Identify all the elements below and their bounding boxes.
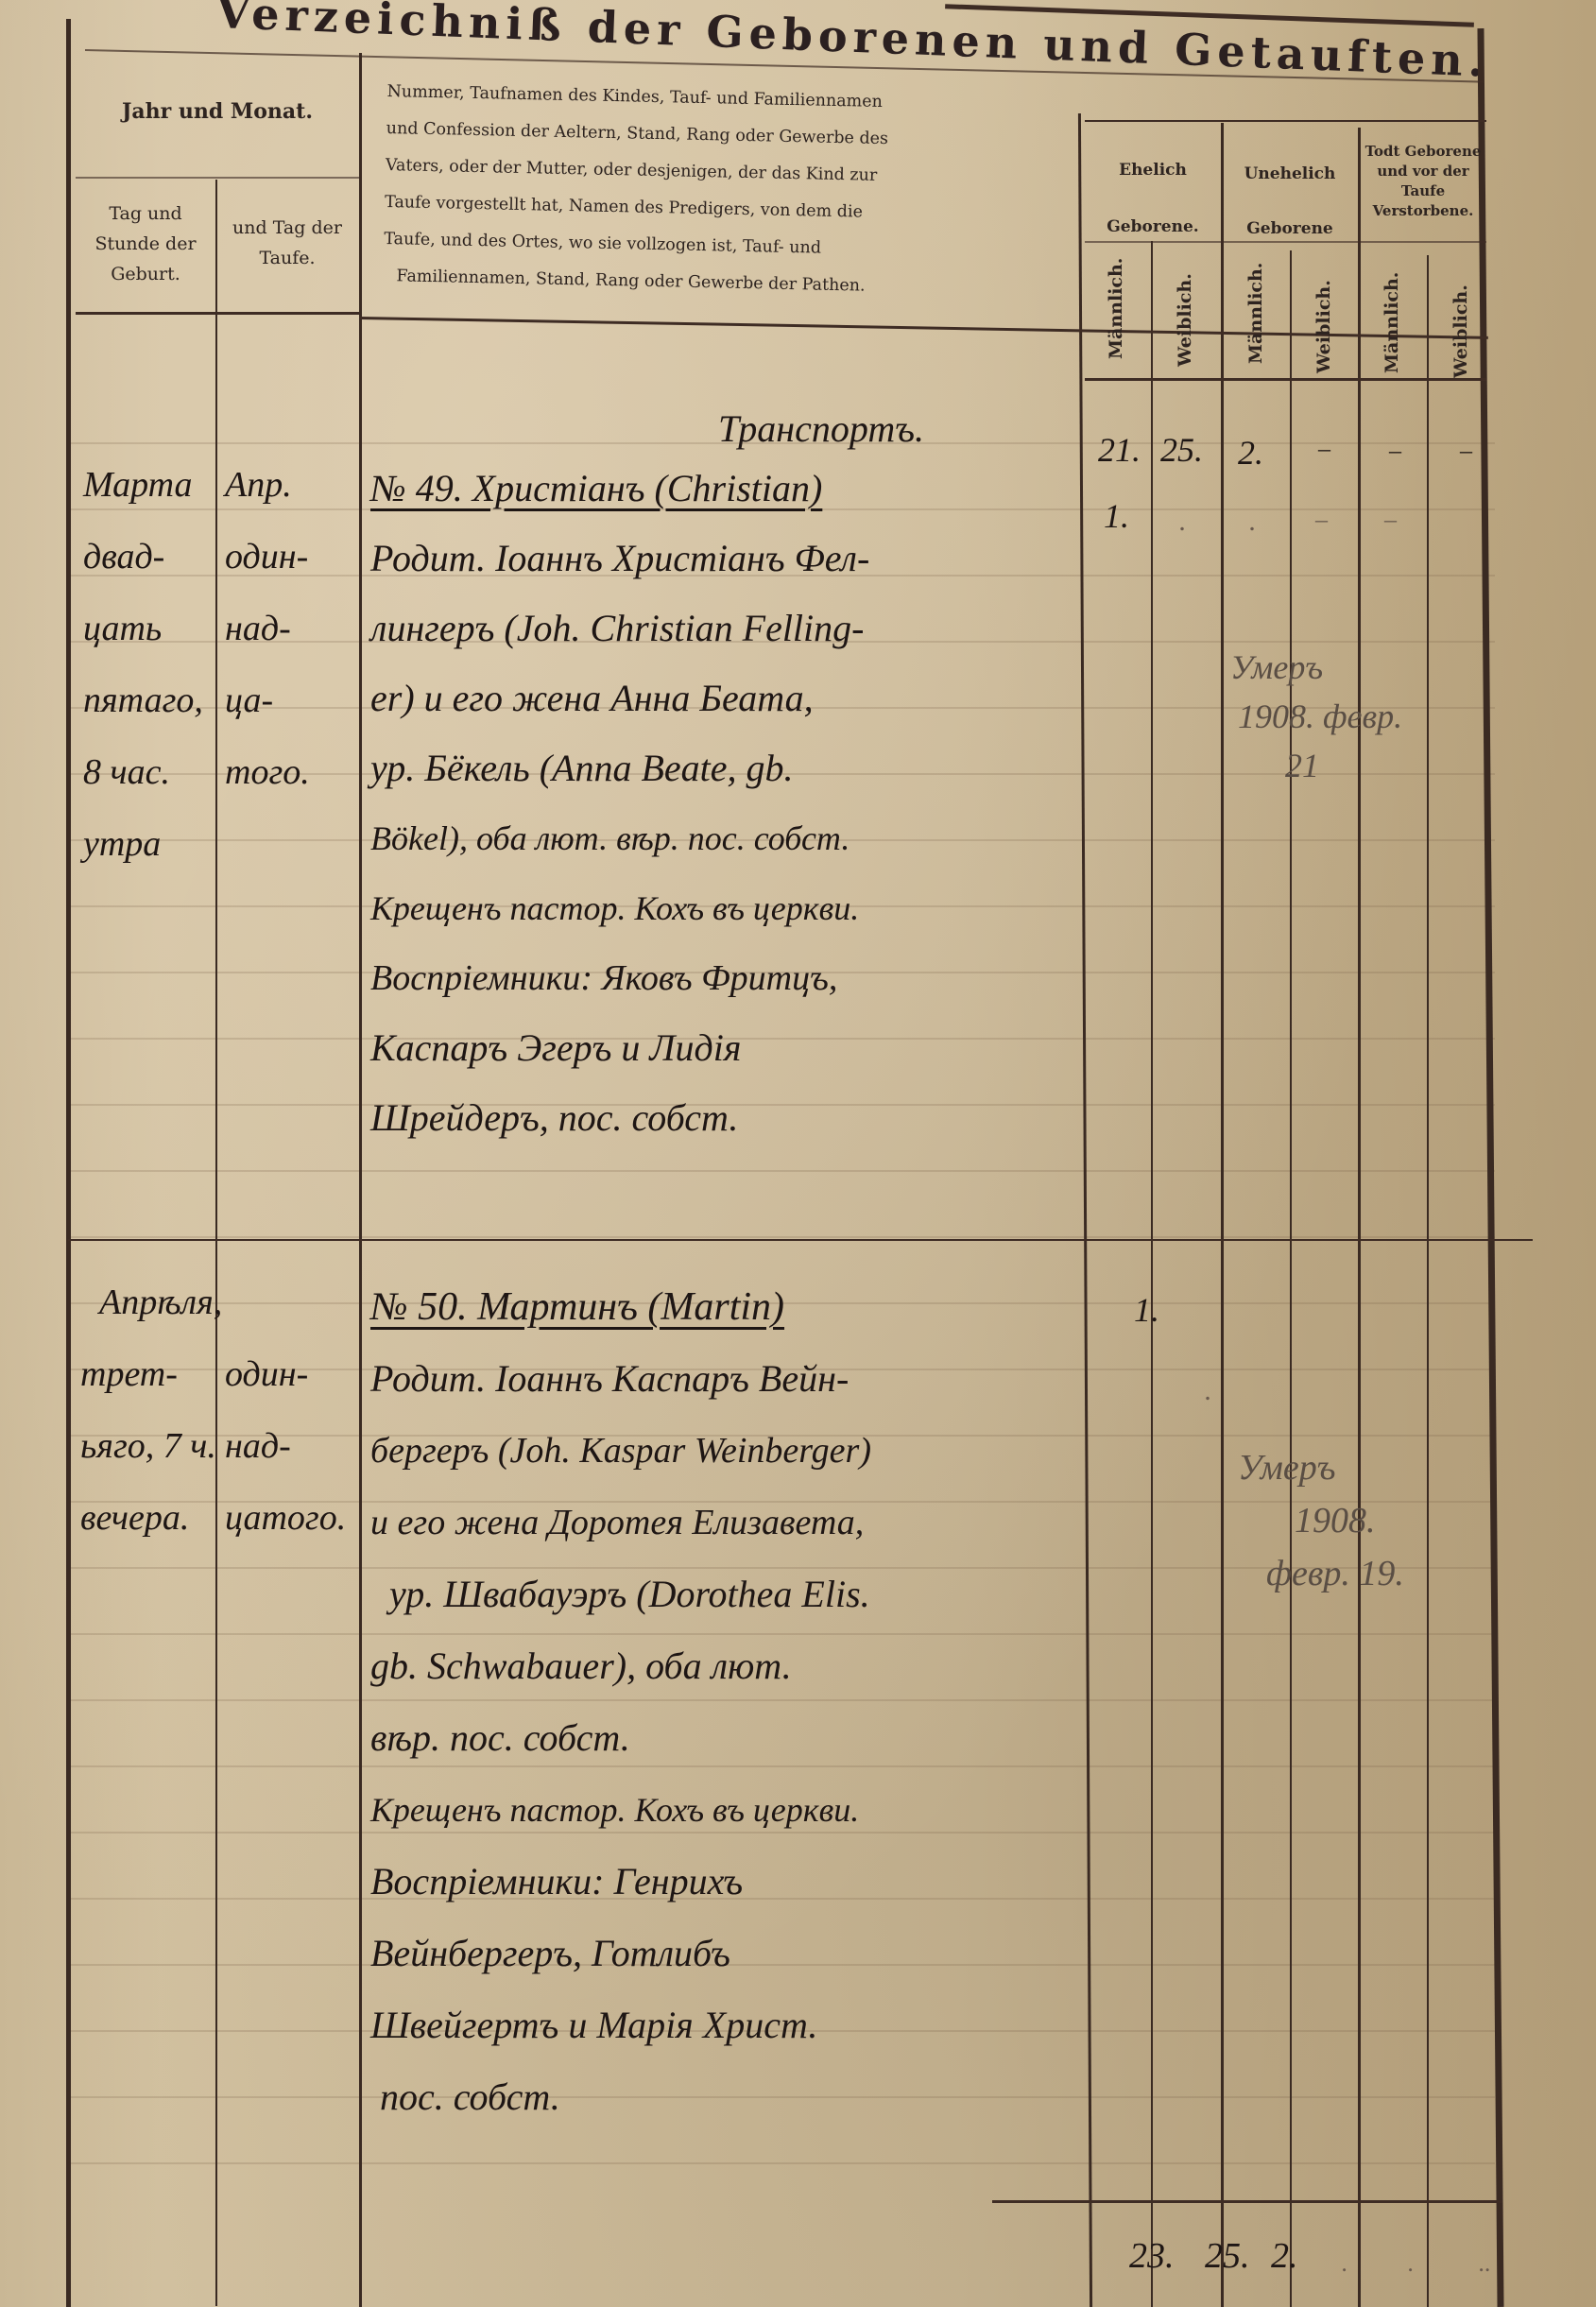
entry-1-baptism: Апр. один- над- ца- того. — [225, 449, 357, 808]
total-still-female: .. — [1479, 2249, 1491, 2278]
entry-2-name-line: № 50. Мартинъ (Martin) — [370, 1271, 1089, 1343]
header-stillborn-line: Verstorbene. — [1359, 201, 1487, 221]
header-legit-female: Weiblich. — [1175, 263, 1195, 367]
header-bottom-rule-left — [76, 312, 359, 315]
total-illegit-female: . — [1342, 2249, 1348, 2278]
totals-rule — [992, 2200, 1502, 2203]
transport-value: 21. — [1098, 430, 1141, 470]
entry-2-text-line: Крещенъ пастор. Кохъ въ церкви. — [370, 1774, 1089, 1846]
entry-2-text-line: пос. собст. — [370, 2061, 1089, 2133]
entry-1-death-note: Умеръ 1908. февр. 21 — [1228, 643, 1493, 790]
transport-label: Транспортъ. — [718, 406, 924, 451]
header-legitimate-line: Geborene. — [1087, 198, 1219, 255]
header-mid-rule — [76, 177, 359, 179]
entry-2-death-note-line: февр. 19. — [1228, 1547, 1493, 1600]
entry-2-death-note: Умеръ 1908. февр. 19. — [1228, 1441, 1493, 1600]
entry-2-death-note-line: Умеръ — [1228, 1441, 1493, 1494]
entry-2-birth-line: Апрѣля, — [80, 1266, 354, 1338]
entry-2-baptism-line: над- — [225, 1410, 357, 1482]
register-page: Verzeichniß der Geborenen und Getauften.… — [0, 0, 1596, 2307]
entry-1-text: № 49. Христіанъ (Christian) Родит. Іоанн… — [370, 454, 1089, 1153]
entry-2-text-line: вѣр. пос. собст. — [370, 1702, 1089, 1774]
entry-1-text-line: Воспріемники: Яковъ Фритцъ, — [370, 943, 1089, 1013]
entry-1-text-line: er) и его жена Анна Беата, — [370, 663, 1089, 733]
header-legitimate-line: Ehelich — [1087, 142, 1219, 198]
transport-value: – — [1460, 437, 1472, 465]
header-year-month: Jahr und Monat. — [76, 99, 359, 124]
entry-2-count: . — [1205, 1375, 1212, 1407]
entry-1-baptism-line: того. — [225, 736, 357, 808]
transport-value: – — [1389, 437, 1401, 465]
header-stillborn-line: und vor der — [1359, 162, 1487, 181]
entry-2-count: 1. — [1134, 1290, 1159, 1330]
entry-1-text-line: Каспаръ Эгеръ и Лидія — [370, 1013, 1089, 1083]
entry-1-baptism-line: один- — [225, 521, 357, 593]
header-stillborn-line: Todt Geborene — [1359, 142, 1487, 162]
entry-1-birth-line: двад- — [83, 521, 211, 593]
header-baptism: und Tag der Taufe. — [225, 213, 350, 273]
entry-1-text-line: Шрейдеръ, пос. собст. — [370, 1083, 1089, 1153]
counts-header-bottom — [1085, 378, 1486, 381]
entry-1-name-line: № 49. Христіанъ (Christian) — [370, 454, 1089, 524]
page-title: Verzeichniß der Geborenen und Getauften. — [215, 0, 1398, 83]
header-legit-male: Männlich. — [1106, 255, 1126, 359]
entry-1-count: – — [1315, 506, 1328, 534]
divider-todt-m-w — [1427, 255, 1429, 2307]
header-illegit-male: Männlich. — [1245, 260, 1266, 364]
entry-1-baptism-line: над- — [225, 593, 357, 664]
header-illegit-female: Weiblich. — [1313, 269, 1334, 373]
divider-ehel-m-w — [1151, 241, 1153, 2307]
left-border — [66, 19, 71, 2307]
entry-1-count: 1. — [1104, 496, 1129, 536]
entry-1-text-line: ур. Бёкель (Anna Beate, gb. — [370, 733, 1089, 803]
entry-2-text-line: бергеръ (Joh. Kaspar Weinberger) — [370, 1415, 1089, 1487]
entry-2-text-line: ур. Швабауэръ (Dorothea Elis. — [370, 1558, 1089, 1630]
entry-1-birth-line: Марта — [83, 449, 211, 521]
transport-value: 25. — [1160, 430, 1203, 470]
entry-2-text-line: и его жена Доротея Елизавета, — [370, 1487, 1089, 1558]
divider-birth-baptism — [215, 180, 217, 2306]
header-still-female: Weiblich. — [1450, 274, 1471, 378]
entry-1-text-line: Крещенъ пастор. Кохъ въ церкви. — [370, 873, 1089, 943]
total-illegit-male: 2. — [1271, 2235, 1298, 2277]
header-illegitimate-line: Geborene — [1224, 201, 1356, 256]
entry-2-baptism: один- над- цатого. — [225, 1338, 357, 1554]
entry-separator — [68, 1239, 1533, 1241]
header-illegitimate: Unehelich Geborene — [1224, 146, 1356, 256]
header-still-male: Männlich. — [1381, 269, 1402, 373]
entry-1-count: . — [1179, 506, 1187, 538]
header-birth: Tag und Stunde der Geburt. — [85, 198, 206, 289]
entry-2-text-line: Воспріемники: Генрихъ — [370, 1846, 1089, 1918]
header-stillborn-line: Taufe — [1359, 181, 1487, 201]
entry-1-birth-line: 8 час. — [83, 736, 211, 808]
transport-value: 2. — [1238, 433, 1263, 473]
entry-1-birth: Марта двад- цать пятаго, 8 час. утра — [83, 449, 211, 880]
entry-1-text-line: лингеръ (Joh. Christian Felling- — [370, 594, 1089, 663]
total-legit-male: 23. — [1129, 2235, 1175, 2277]
entry-2-baptism-line: один- — [225, 1338, 357, 1410]
entry-1-text-line: Bökel), оба лют. вѣр. пос. собст. — [370, 803, 1089, 873]
entry-1-birth-line: цать — [83, 593, 211, 664]
entry-1-count: . — [1249, 506, 1257, 538]
entry-1-text-line: Родит. Іоаннъ Христіанъ Фел- — [370, 524, 1089, 594]
header-illegitimate-line: Unehelich — [1224, 146, 1356, 201]
header-legitimate: Ehelich Geborene. — [1087, 142, 1219, 255]
entry-1-count: – — [1384, 506, 1397, 534]
header-stillborn: Todt Geborene und vor der Taufe Verstorb… — [1359, 142, 1487, 221]
entry-1-baptism-line: Апр. — [225, 449, 357, 521]
transport-value: – — [1318, 435, 1330, 463]
entry-1-death-note-line: 21 — [1228, 741, 1493, 790]
entry-2-text: № 50. Мартинъ (Martin) Родит. Іоаннъ Кас… — [370, 1271, 1089, 2133]
entry-1-baptism-line: ца- — [225, 664, 357, 736]
entry-2-baptism-line: цатого. — [225, 1482, 357, 1554]
divider-unehel-todt — [1358, 128, 1361, 2307]
entry-1-death-note-line: 1908. февр. — [1228, 692, 1493, 741]
entry-2-death-note-line: 1908. — [1228, 1494, 1493, 1547]
divider-ehel-unehel — [1221, 123, 1224, 2307]
entry-2-text-line: Родит. Іоаннъ Каспаръ Вейн- — [370, 1343, 1089, 1415]
entry-1-birth-line: утра — [83, 808, 211, 880]
total-legit-female: 25. — [1205, 2235, 1250, 2277]
total-still-male: . — [1408, 2249, 1415, 2278]
divider-unehel-m-w — [1290, 250, 1292, 2307]
counts-group-rule — [1085, 120, 1486, 122]
divider-date-text — [359, 53, 362, 2307]
entry-2-text-line: gb. Schwabauer), оба лют. — [370, 1630, 1089, 1702]
header-description: Nummer, Taufnamen des Kindes, Tauf- und … — [383, 74, 1068, 309]
entry-2-text-line: Швейгертъ и Марія Христ. — [370, 1989, 1089, 2061]
entry-2-text-line: Вейнбергеръ, Готлибъ — [370, 1918, 1089, 1989]
entry-1-birth-line: пятаго, — [83, 664, 211, 736]
entry-1-death-note-line: Умеръ — [1228, 643, 1493, 692]
